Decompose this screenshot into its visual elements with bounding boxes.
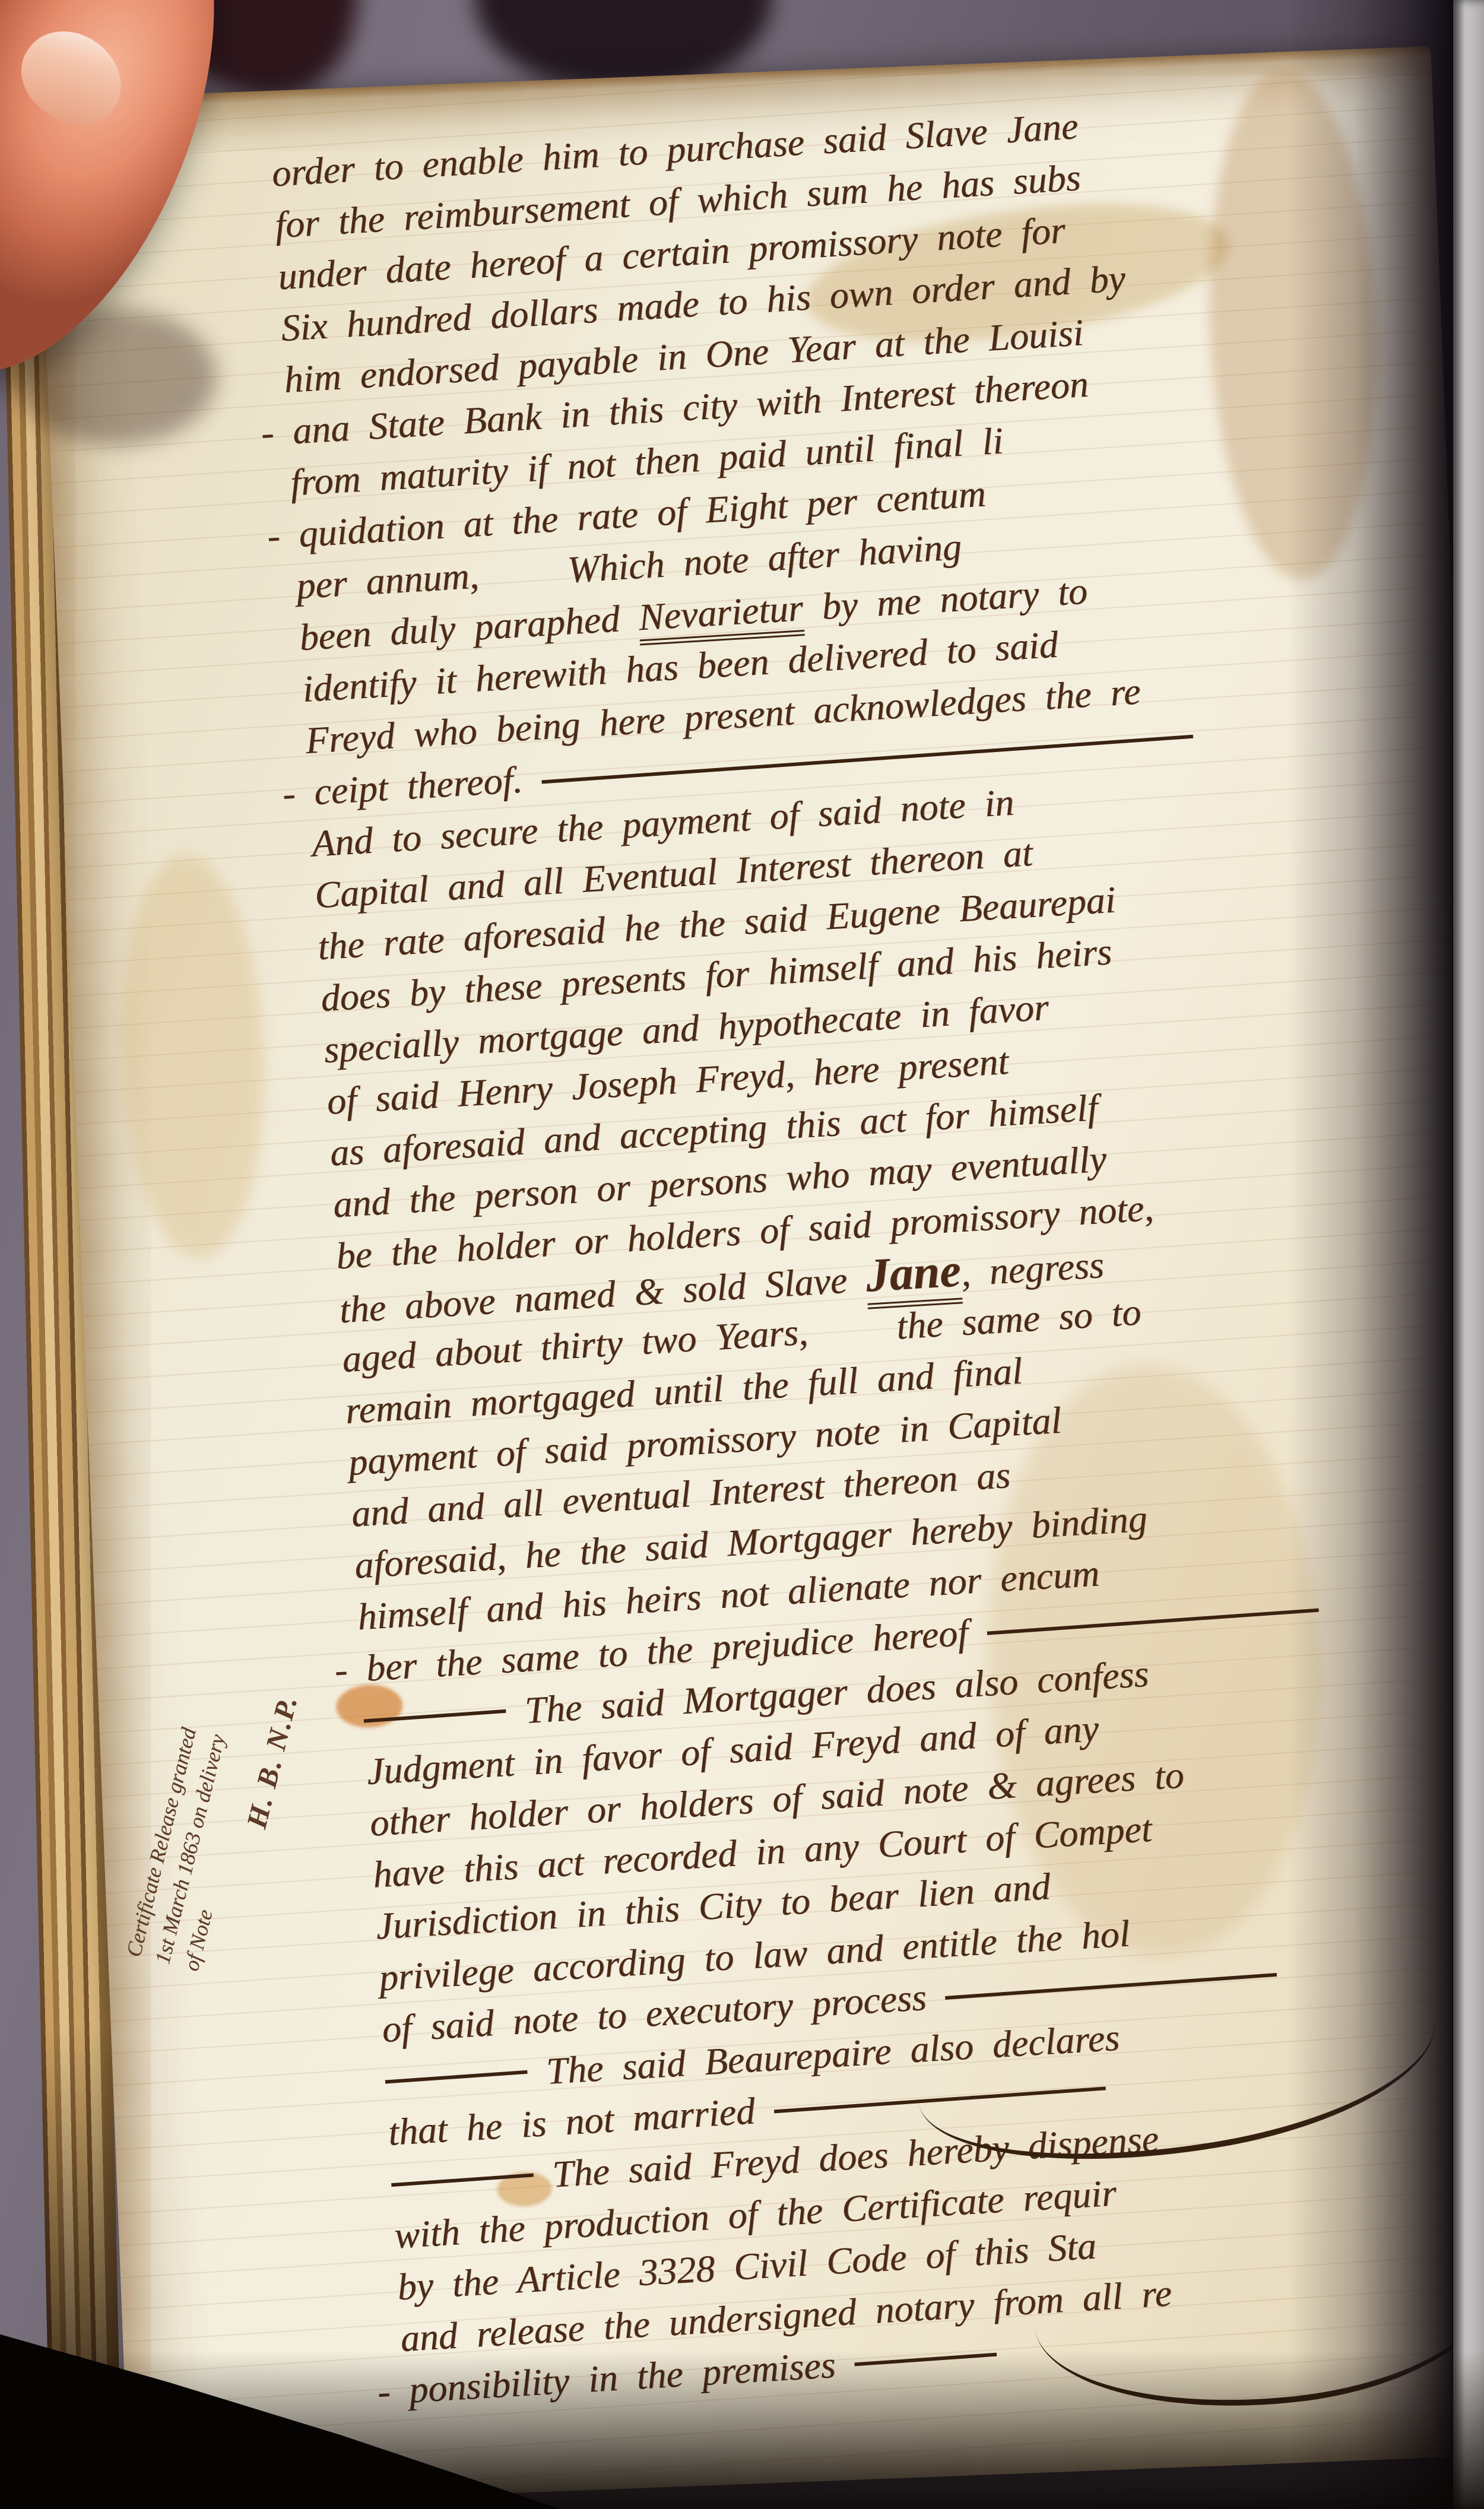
part-rule-md	[945, 1973, 1277, 2000]
facing-page-edge	[1452, 0, 1484, 2509]
part-gap	[808, 1339, 898, 1344]
margin-note: Certificate Release granted1st March 186…	[119, 1445, 359, 1981]
line-text: the same so to	[895, 1290, 1142, 1347]
line-text: , negress	[959, 1244, 1105, 1294]
line-text: per annum,	[295, 554, 480, 607]
part-rule-sm	[385, 2070, 528, 2084]
part-rule-sm	[391, 2173, 534, 2187]
part-rule-sm	[364, 1709, 506, 1723]
part-gap	[480, 582, 569, 588]
part-rule-md	[987, 1609, 1319, 1635]
paper-stain	[113, 852, 271, 1261]
gutter-shadow	[1288, 0, 1453, 2509]
photo-of-manuscript-page: order to enable him to purchase said Sla…	[0, 0, 1484, 2509]
manuscript-page: order to enable him to purchase said Sla…	[37, 46, 1484, 2508]
fingernail	[5, 12, 139, 143]
